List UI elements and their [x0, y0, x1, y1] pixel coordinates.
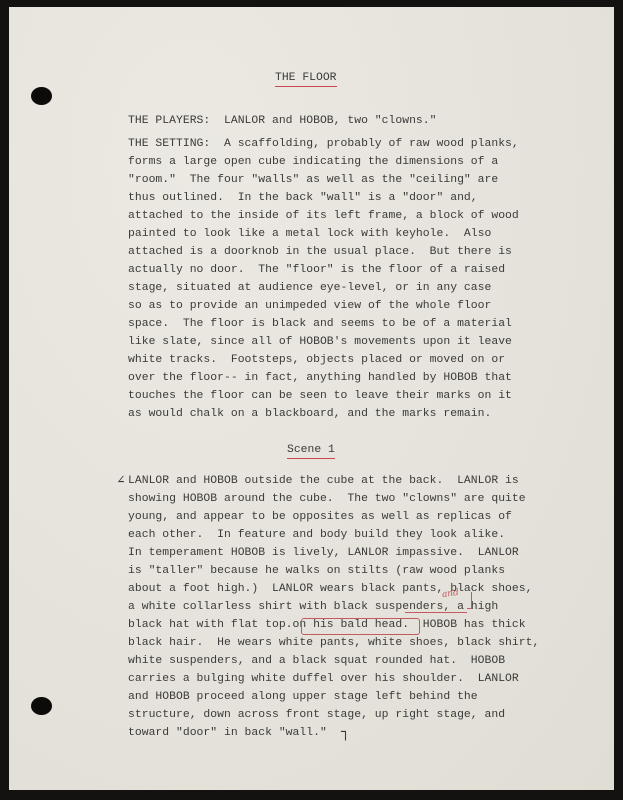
players-line: THE PLAYERS: LANLOR and HOBOB, two "clow… [128, 115, 437, 128]
setting-line: forms a large open cube indicating the d… [128, 156, 498, 169]
setting-line: over the floor-- in fact, anything handl… [128, 372, 512, 385]
scene-line: white suspenders, and a black squat roun… [128, 655, 505, 668]
scene-line: toward "door" in back "wall." [128, 727, 327, 740]
setting-line: painted to look like a metal lock with k… [128, 228, 491, 241]
scene-line: carries a bulging white duffel over his … [128, 673, 519, 686]
scene-line: LANLOR and HOBOB outside the cube at the… [128, 475, 519, 488]
setting-line: THE SETTING: A scaffolding, probably of … [128, 138, 519, 151]
setting-line: thus outlined. In the back "wall" is a "… [128, 192, 478, 205]
setting-line: attached to the inside of its left frame… [128, 210, 519, 223]
setting-line: white tracks. Footsteps, objects placed … [128, 354, 505, 367]
setting-line: "room." The four "walls" as well as the … [128, 174, 498, 187]
setting-line: stage, situated at audience eye-level, o… [128, 282, 491, 295]
open-bracket-mark: ∠ [117, 474, 125, 487]
setting-line: like slate, since all of HOBOB's movemen… [128, 336, 512, 349]
insertion-caret-box [467, 592, 472, 609]
setting-line: actually no door. The "floor" is the flo… [128, 264, 505, 277]
setting-line: as would chalk on a blackboard, and the … [128, 408, 491, 421]
setting-line: attached is a doorknob in the usual plac… [128, 246, 512, 259]
scene-line: In temperament HOBOB is lively, LANLOR i… [128, 547, 519, 560]
scene-line: structure, down across front stage, up r… [128, 709, 505, 722]
boxed-phrase-mark [301, 618, 420, 635]
setting-line: touches the floor can be seen to leave t… [128, 390, 512, 403]
scene-line: young, and appear to be opposites as wel… [128, 511, 512, 524]
scene-line: black hair. He wears white pants, white … [128, 637, 539, 650]
scene-line: each other. In feature and body build th… [128, 529, 505, 542]
close-bracket-mark: ┐ [341, 726, 350, 739]
setting-line: space. The floor is black and seems to b… [128, 318, 512, 331]
setting-line: so as to provide an unimpeded view of th… [128, 300, 491, 313]
scene-heading: Scene 1 [287, 444, 335, 459]
document-title: THE FLOOR [275, 72, 337, 87]
scene-line: is "taller" because he walks on stilts (… [128, 565, 505, 578]
scene-line: showing HOBOB around the cube. The two "… [128, 493, 526, 506]
scene-line: and HOBOB proceed along upper stage left… [128, 691, 478, 704]
suspenders-underline [405, 612, 467, 613]
punch-hole-bottom [31, 697, 52, 715]
punch-hole-top [31, 87, 52, 105]
